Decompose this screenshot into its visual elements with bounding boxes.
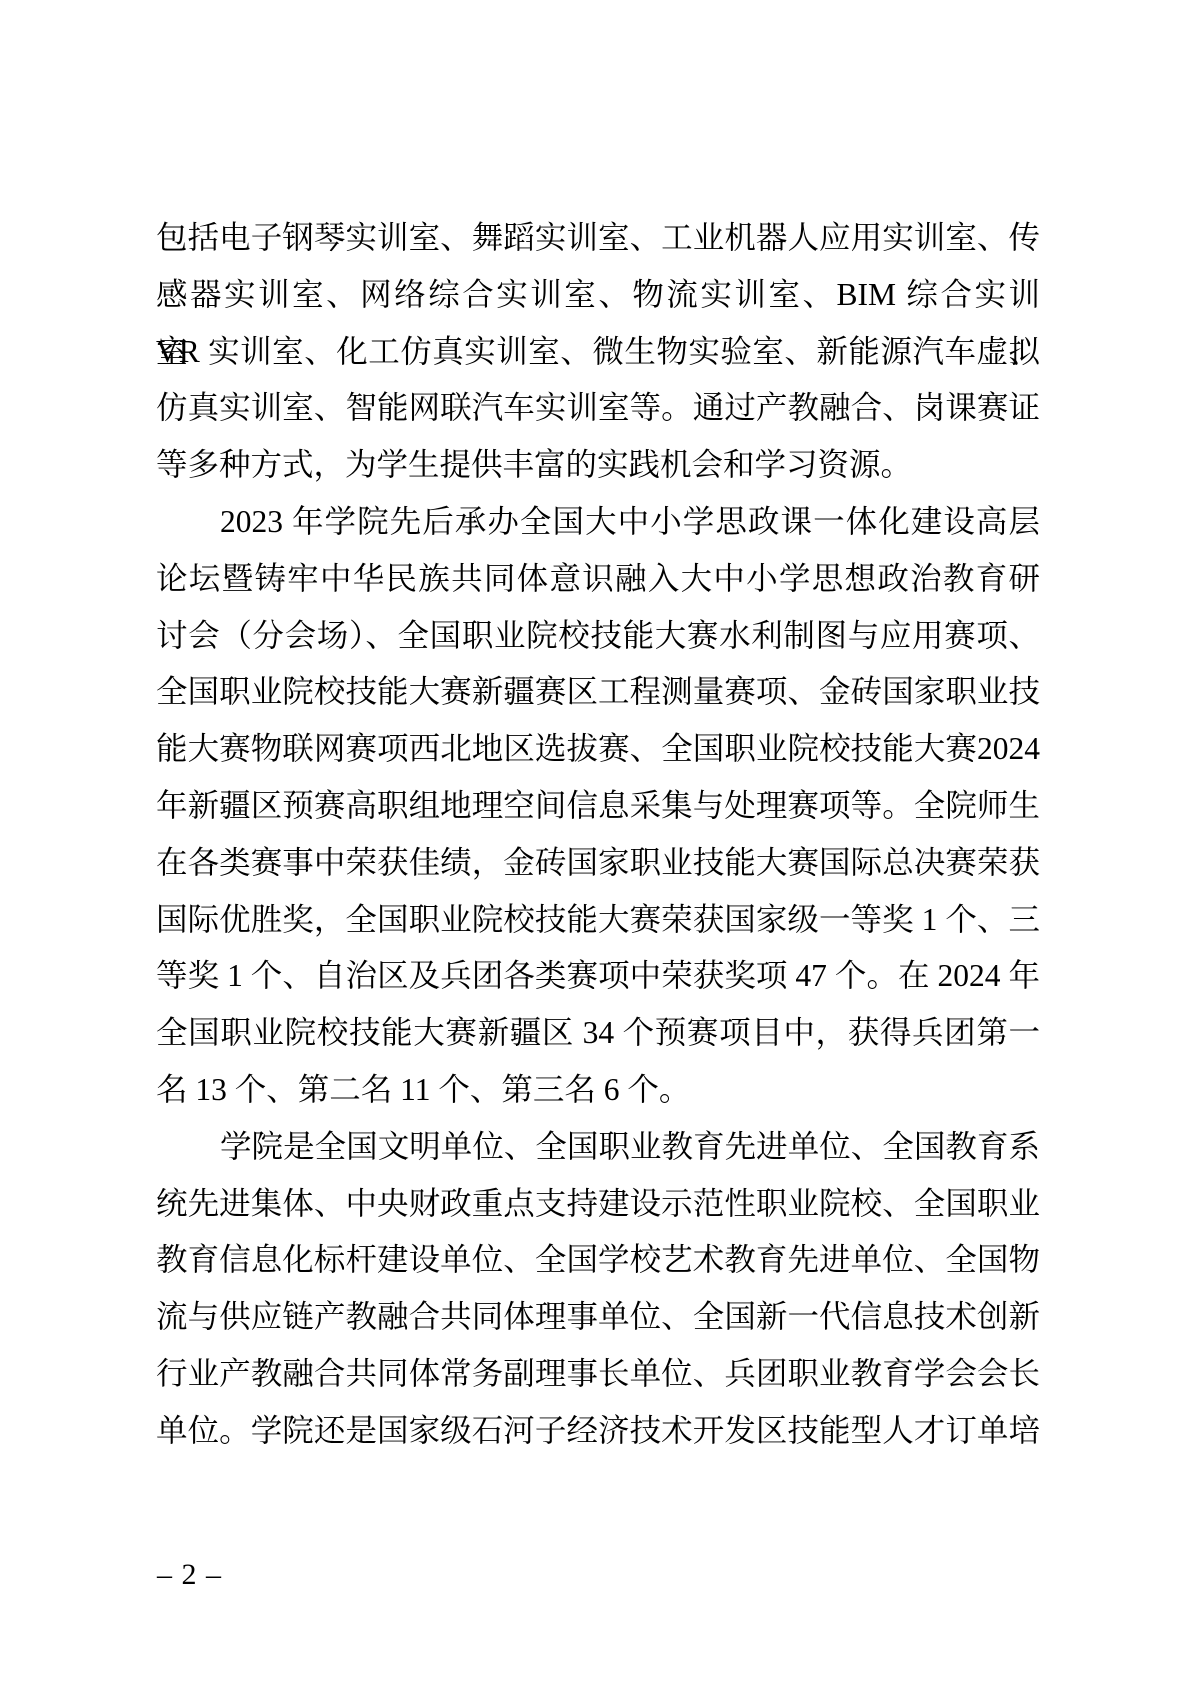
text-line: 能大赛物联网赛项西北地区选拔赛、全国职业院校技能大赛2024: [156, 721, 1040, 778]
text-line: 名 13 个、第二名 11 个、第三名 6 个。: [156, 1062, 1040, 1119]
text-line: 教育信息化标杆建设单位、全国学校艺术教育先进单位、全国物: [156, 1232, 1040, 1289]
text-line: 仿真实训室、智能网联汽车实训室等。通过产教融合、岗课赛证: [156, 380, 1040, 437]
page-number: – 2 –: [157, 1555, 222, 1595]
text-line: 全国职业院校技能大赛新疆区 34 个预赛项目中，获得兵团第一: [156, 1005, 1040, 1062]
text-line: 单位。学院还是国家级石河子经济技术开发区技能型人才订单培: [156, 1403, 1040, 1460]
text-line: 全国职业院校技能大赛新疆赛区工程测量赛项、金砖国家职业技: [156, 664, 1040, 721]
document-page: 包括电子钢琴实训室、舞蹈实训室、工业机器人应用实训室、传感器实训室、网络综合实训…: [0, 0, 1191, 1684]
text-line: 包括电子钢琴实训室、舞蹈实训室、工业机器人应用实训室、传: [156, 210, 1040, 267]
text-line: VR 实训室、化工仿真实训室、微生物实验室、新能源汽车虚拟: [156, 324, 1040, 381]
text-line: 统先进集体、中央财政重点支持建设示范性职业院校、全国职业: [156, 1176, 1040, 1233]
text-line: 国际优胜奖，全国职业院校技能大赛荣获国家级一等奖 1 个、三: [156, 892, 1040, 949]
text-line: 论坛暨铸牢中华民族共同体意识融入大中小学思想政治教育研: [156, 551, 1040, 608]
text-line: 行业产教融合共同体常务副理事长单位、兵团职业教育学会会长: [156, 1346, 1040, 1403]
text-line: 学院是全国文明单位、全国职业教育先进单位、全国教育系: [156, 1119, 1040, 1176]
text-line: 年新疆区预赛高职组地理空间信息采集与处理赛项等。全院师生: [156, 778, 1040, 835]
text-line: 感器实训室、网络综合实训室、物流实训室、BIM 综合实训室、: [156, 267, 1040, 324]
text-line: 流与供应链产教融合共同体理事单位、全国新一代信息技术创新: [156, 1289, 1040, 1346]
text-line: 等奖 1 个、自治区及兵团各类赛项中荣获奖项 47 个。在 2024 年: [156, 948, 1040, 1005]
document-text: 包括电子钢琴实训室、舞蹈实训室、工业机器人应用实训室、传感器实训室、网络综合实训…: [156, 210, 1040, 1460]
text-line: 讨会（分会场）、全国职业院校技能大赛水利制图与应用赛项、: [156, 608, 1040, 665]
text-line: 在各类赛事中荣获佳绩，金砖国家职业技能大赛国际总决赛荣获: [156, 835, 1040, 892]
text-line: 2023 年学院先后承办全国大中小学思政课一体化建设高层: [156, 494, 1040, 551]
text-line: 等多种方式，为学生提供丰富的实践机会和学习资源。: [156, 437, 1040, 494]
